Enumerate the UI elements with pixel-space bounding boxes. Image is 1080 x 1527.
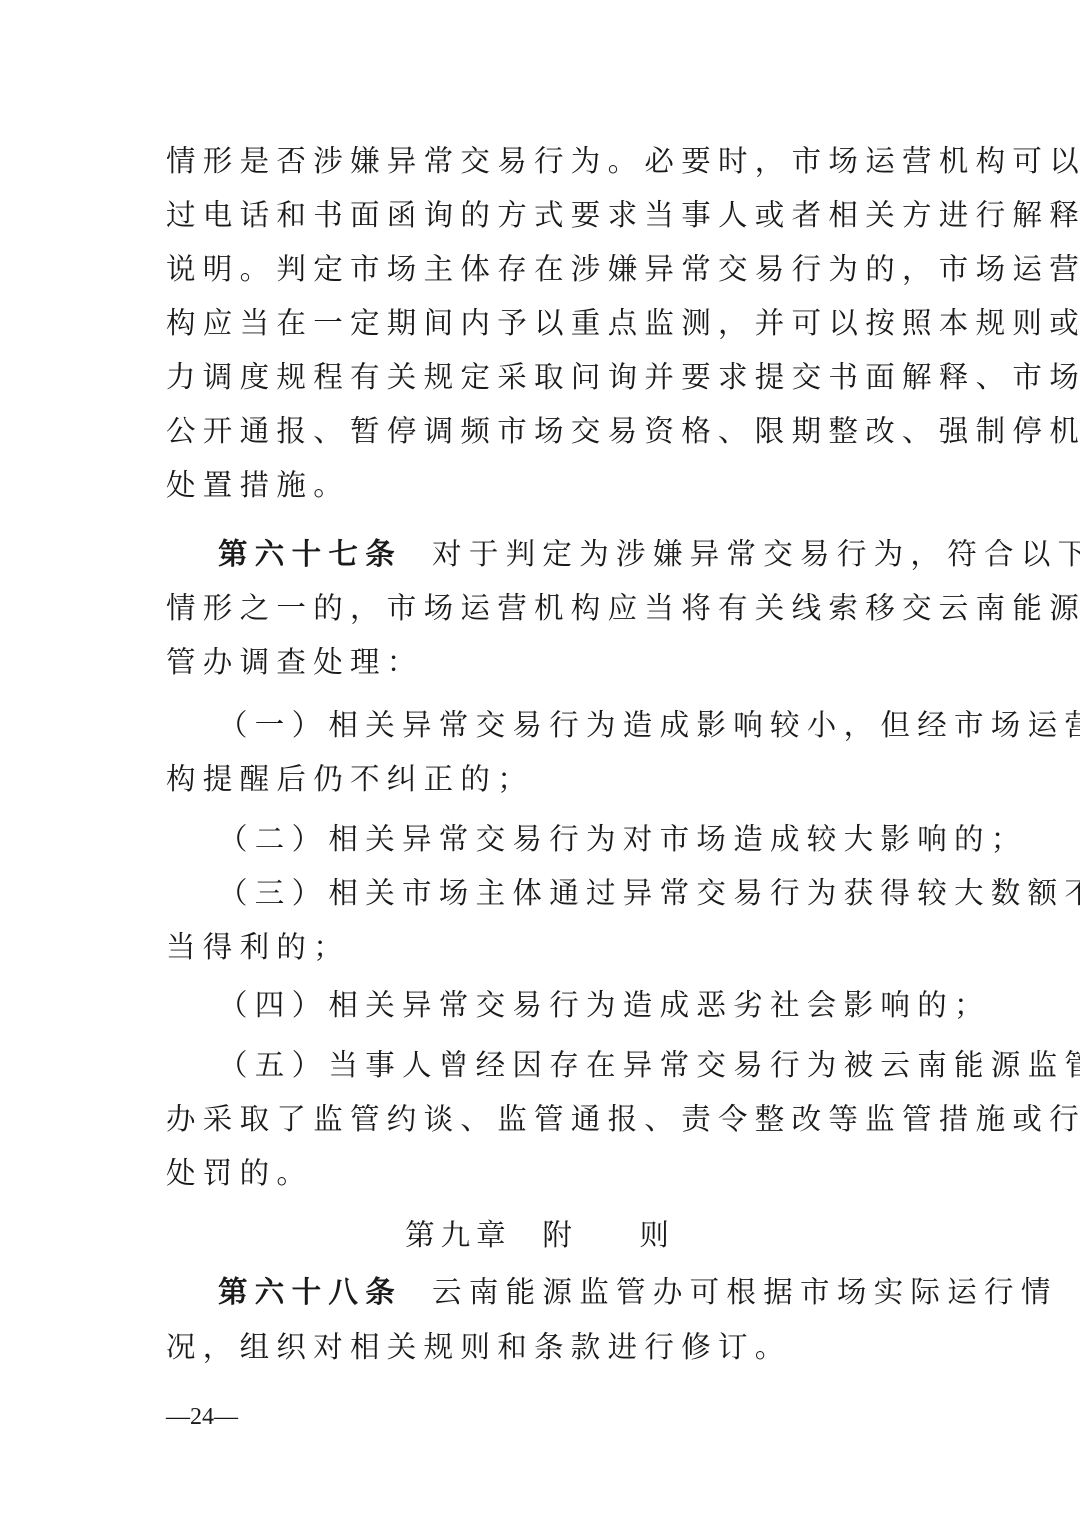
paragraph-line: 构应当在一定期间内予以重点监测，并可以按照本规则或电 (166, 303, 918, 343)
paragraph-line: 力调度规程有关规定采取问询并要求提交书面解释、市场内 (166, 357, 918, 397)
article-68-first-line: 第六十八条云南能源监管办可根据市场实际运行情 (218, 1272, 918, 1312)
list-item-5-cont2: 处罚的。 (166, 1153, 918, 1193)
paragraph-line: 情形之一的，市场运营机构应当将有关线索移交云南能源监 (166, 588, 918, 628)
article-67-heading: 第六十七条 (218, 536, 402, 571)
paragraph-line: 处置措施。 (166, 465, 918, 505)
article-67-first-line: 第六十七条对于判定为涉嫌异常交易行为，符合以下 (218, 534, 918, 574)
list-item-2: （二）相关异常交易行为对市场造成较大影响的； (218, 819, 918, 859)
paragraph-line: 管办调查处理： (166, 642, 918, 682)
paragraph-line: 况，组织对相关规则和条款进行修订。 (166, 1327, 918, 1367)
document-page: 情形是否涉嫌异常交易行为。必要时，市场运营机构可以通 过电话和书面函询的方式要求… (0, 0, 1080, 1527)
list-item-5: （五）当事人曾经因存在异常交易行为被云南能源监管 (218, 1045, 918, 1085)
paragraph-line: 情形是否涉嫌异常交易行为。必要时，市场运营机构可以通 (166, 141, 918, 181)
paragraph-line: 公开通报、暂停调频市场交易资格、限期整改、强制停机等 (166, 411, 918, 451)
paragraph-line: 过电话和书面函询的方式要求当事人或者相关方进行解释 (166, 195, 918, 235)
list-item-3-cont: 当得利的； (166, 927, 918, 967)
list-item-4: （四）相关异常交易行为造成恶劣社会影响的； (218, 985, 918, 1025)
paragraph-line: 说明。判定市场主体存在涉嫌异常交易行为的，市场运营机 (166, 249, 918, 289)
list-item-1-cont: 构提醒后仍不纠正的； (166, 759, 918, 799)
chapter-title: 第九章 附 则 (0, 1215, 1080, 1255)
list-item-1: （一）相关异常交易行为造成影响较小，但经市场运营机 (218, 705, 918, 745)
list-item-3: （三）相关市场主体通过异常交易行为获得较大数额不 (218, 873, 918, 913)
list-item-5-cont: 办采取了监管约谈、监管通报、责令整改等监管措施或行政 (166, 1099, 918, 1139)
article-68-heading: 第六十八条 (218, 1274, 402, 1309)
page-number: —24— (166, 1402, 238, 1432)
article-67-text: 对于判定为涉嫌异常交易行为，符合以下 (432, 537, 1080, 571)
article-68-text: 云南能源监管办可根据市场实际运行情 (432, 1275, 1058, 1309)
